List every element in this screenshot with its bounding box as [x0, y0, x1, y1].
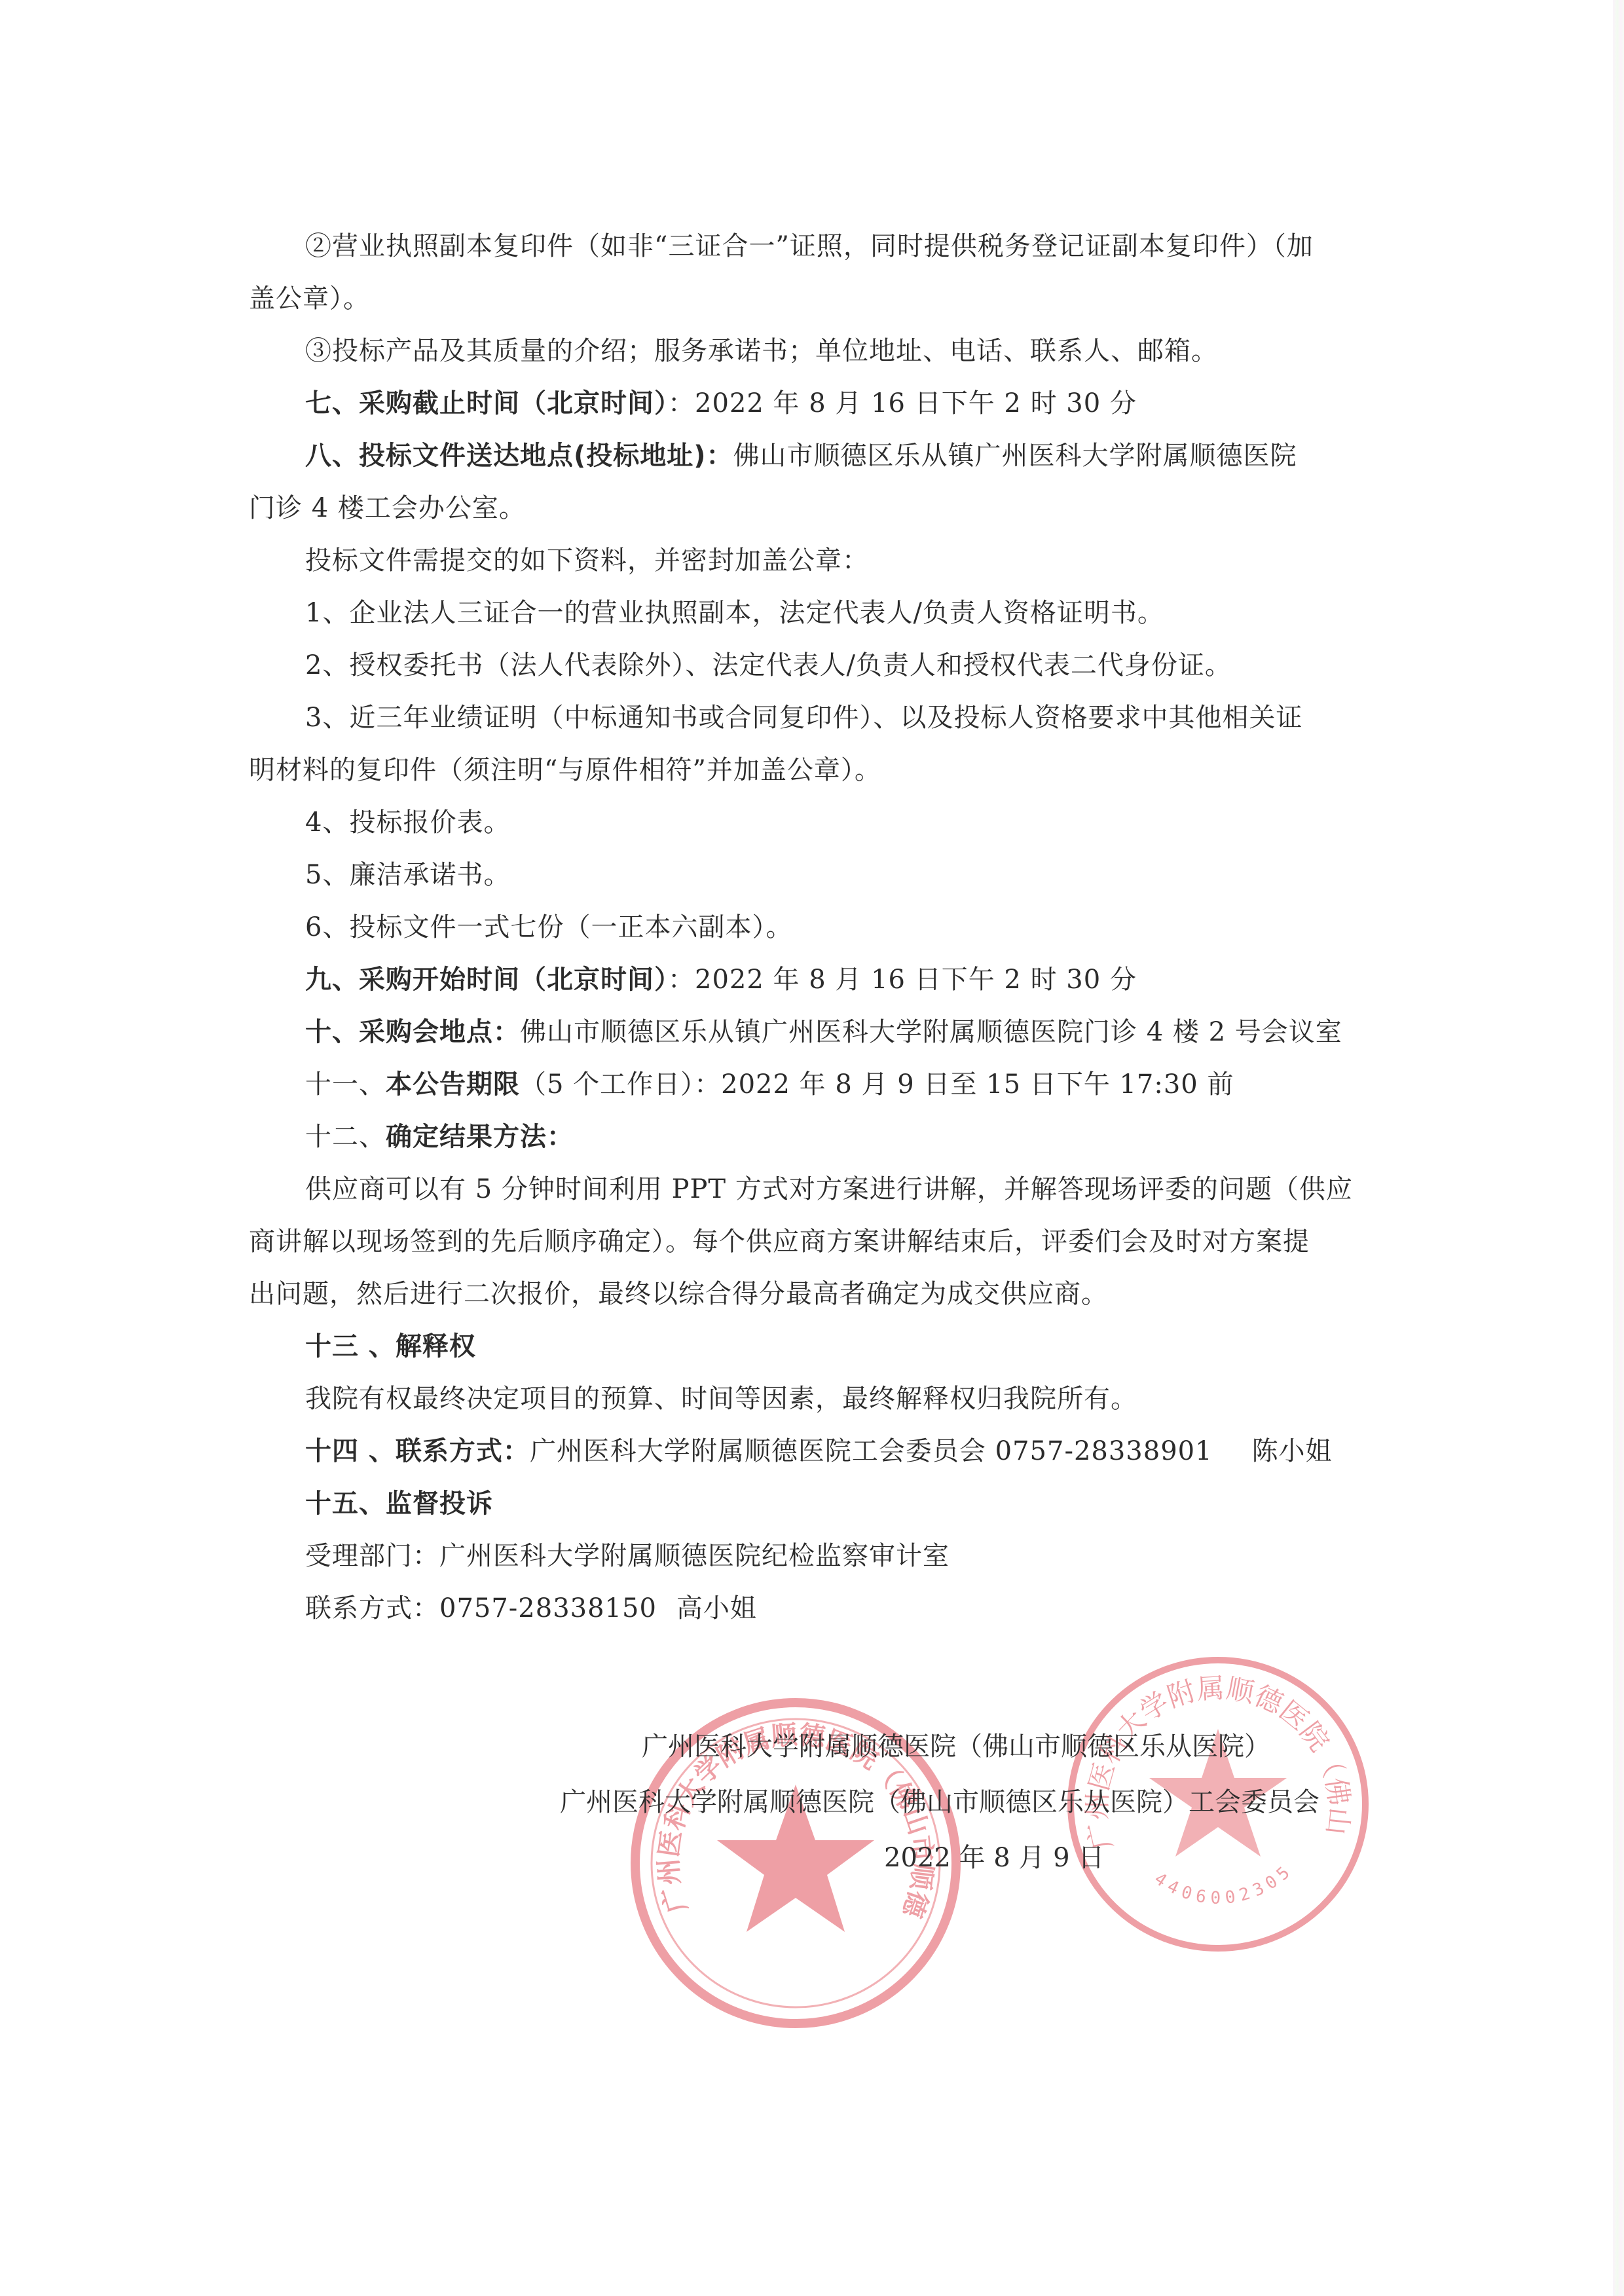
section-heading: 九、采购开始时间（北京时间） — [305, 965, 668, 995]
section-heading: 十、采购会地点： — [305, 1017, 520, 1047]
section-10-venue: 十、采购会地点：佛山市顺德区乐从镇广州医科大学附属顺德医院门诊 4 楼 2 号会… — [249, 1006, 1388, 1058]
svg-text:4406002305: 4406002305 — [1151, 1860, 1297, 1908]
section-11-notice-period: 十一、本公告期限（5 个工作日）：2022 年 8 月 9 日至 15 日下午 … — [249, 1058, 1388, 1111]
section-13-interpretation: 十三 、解释权 — [249, 1320, 1388, 1373]
section-13-body: 我院有权最终决定项目的预算、时间等因素，最终解释权归我院所有。 — [249, 1373, 1388, 1425]
section-12-result-method: 十二、确定结果方法： — [249, 1111, 1388, 1163]
section-8-delivery-address: 八、投标文件送达地点(投标地址)：佛山市顺德区乐从镇广州医科大学附属顺德医院 — [249, 430, 1388, 482]
section-heading: 解释权 — [396, 1331, 476, 1361]
required-doc-3-cont: 明材料的复印件（须注明“与原件相符”并加盖公章）。 — [249, 744, 1388, 796]
section-heading: 本公告期限 — [386, 1069, 520, 1100]
section-14-contact: 十四 、联系方式：广州医科大学附属顺德医院工会委员会 0757-28338901… — [249, 1425, 1388, 1477]
contact-person: 高小姐 — [676, 1593, 757, 1623]
section-heading: 八、投标文件送达地点(投标地址)： — [305, 441, 733, 471]
required-docs-intro: 投标文件需提交的如下资料，并密封加盖公章： — [249, 534, 1388, 587]
complaint-contact: 联系方式：0757-28338150高小姐 — [249, 1582, 1388, 1635]
section-12-body-1: 供应商可以有 5 分钟时间利用 PPT 方式对方案进行讲解，并解答现场评委的问题… — [249, 1163, 1388, 1215]
document-body: ②营业执照副本复印件（如非“三证合一”证照，同时提供税务登记证副本复印件）（加 … — [249, 220, 1388, 1635]
complaint-department: 受理部门：广州医科大学附属顺德医院纪检监察审计室 — [249, 1530, 1388, 1582]
line-business-license: ②营业执照副本复印件（如非“三证合一”证照，同时提供税务登记证副本复印件）（加 — [249, 220, 1388, 272]
line-business-license-cont: 盖公章）。 — [249, 272, 1388, 325]
scan-edge-strip — [1613, 0, 1624, 2296]
signature-date: 2022 年 8 月 9 日 — [884, 1830, 1104, 1886]
section-15-supervision: 十五、监督投诉 — [249, 1477, 1388, 1530]
required-doc-5: 5、廉洁承诺书。 — [249, 849, 1388, 901]
signature-org-union: 广州医科大学附属顺德医院（佛山市顺德区乐从医院）工会委员会 — [560, 1775, 1319, 1830]
line-product-intro: ③投标产品及其质量的介绍；服务承诺书；单位地址、电话、联系人、邮箱。 — [249, 325, 1388, 377]
required-doc-1: 1、企业法人三证合一的营业执照副本，法定代表人/负责人资格证明书。 — [249, 587, 1388, 639]
contact-person: 陈小姐 — [1252, 1436, 1333, 1466]
required-doc-6: 6、投标文件一式七份（一正本六副本）。 — [249, 901, 1388, 954]
section-heading: 联系方式： — [396, 1436, 530, 1466]
section-12-body-2: 商讲解以现场签到的先后顺序确定）。每个供应商方案讲解结束后，评委们会及时对方案提 — [249, 1215, 1388, 1268]
section-heading: 确定结果方法： — [386, 1122, 574, 1152]
required-doc-3: 3、近三年业绩证明（中标通知书或合同复印件）、以及投标人资格要求中其他相关证 — [249, 692, 1388, 744]
section-8-address-cont: 门诊 4 楼工会办公室。 — [249, 482, 1388, 534]
required-doc-2: 2、授权委托书（法人代表除外）、法定代表人/负责人和授权代表二代身份证。 — [249, 639, 1388, 692]
section-heading: 七、采购截止时间（北京时间） — [305, 388, 668, 418]
signature-org-hospital: 广州医科大学附属顺德医院（佛山市顺德区乐从医院） — [642, 1719, 1270, 1775]
section-heading: 监督投诉 — [386, 1489, 493, 1519]
section-9-start-time: 九、采购开始时间（北京时间）：2022 年 8 月 16 日下午 2 时 30 … — [249, 954, 1388, 1006]
section-7-deadline: 七、采购截止时间（北京时间）：2022 年 8 月 16 日下午 2 时 30 … — [249, 377, 1388, 430]
section-12-body-3: 出问题，然后进行二次报价，最终以综合得分最高者确定为成交供应商。 — [249, 1268, 1388, 1320]
required-doc-4: 4、投标报价表。 — [249, 796, 1388, 849]
